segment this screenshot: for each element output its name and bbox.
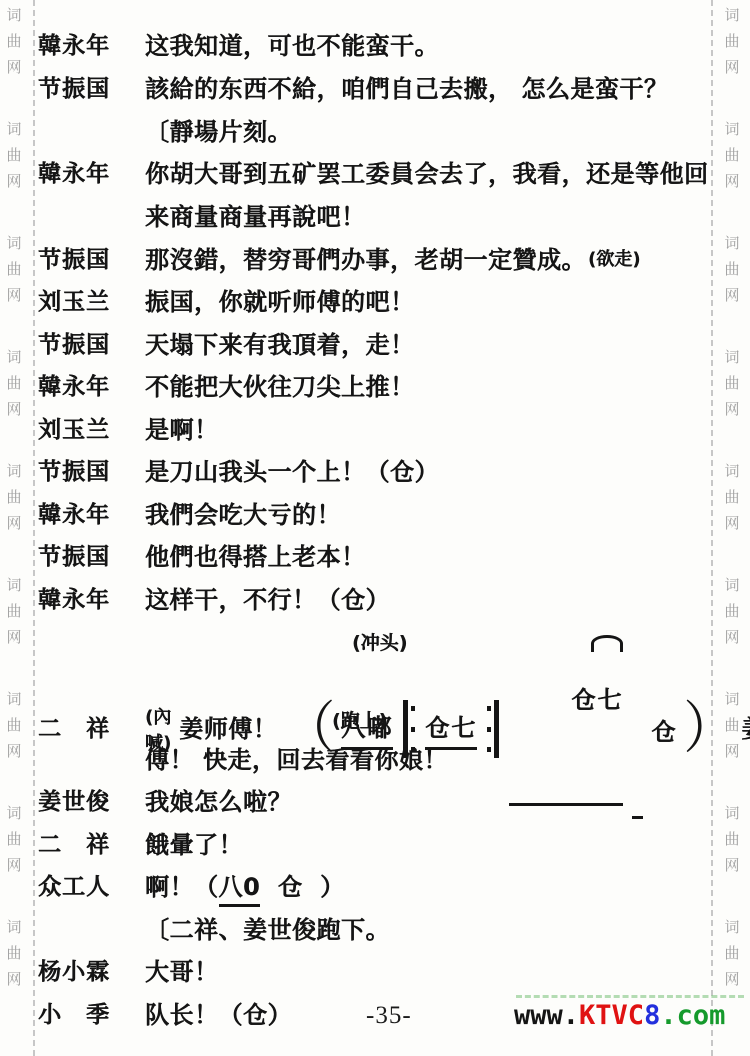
- dialogue-text: 我娘怎么啦？: [145, 786, 292, 818]
- speaker-name: 韓永年: [38, 30, 145, 62]
- script-row: 姜世俊 我娘怎么啦？: [38, 786, 728, 818]
- speaker-name: 刘玉兰: [38, 414, 145, 446]
- dialogue-text: 来商量商量再說吧！: [145, 201, 366, 233]
- script-row: 众工人 啊！（八0 仓 ）: [38, 871, 728, 903]
- speaker-name: 韓永年: [38, 499, 145, 531]
- site-watermark: www.KTVC8.com: [514, 1000, 725, 1031]
- stage-cue-inline: (欲走): [588, 244, 640, 276]
- call-text-continued: 姜师: [741, 713, 750, 745]
- watermark-group: 词曲网: [6, 116, 21, 194]
- dialogue-text: 我們会吃大亏的！: [145, 499, 341, 531]
- speaker-name: 韓永年: [38, 371, 145, 403]
- stage-direction-row: 〔靜場片刻。: [38, 116, 728, 148]
- dialogue-text: 这我知道，可也不能蛮干。: [145, 30, 439, 62]
- script-row: 节振国 那沒錯，替穷哥們办事，老胡一定贊成。 (欲走): [38, 244, 728, 276]
- dialogue-text: 那沒錯，替穷哥們办事，老胡一定贊成。: [145, 244, 586, 276]
- watermark-dashed-line: [516, 995, 744, 998]
- underlined-notation: 八0: [219, 873, 261, 907]
- continuation-row: 傅！ 快走，回去看看你娘！: [38, 744, 728, 776]
- stage-direction-text: 〔靜場片刻。: [145, 116, 292, 148]
- speaker-name: 二 祥: [38, 829, 145, 861]
- notation-cue-above: (冲头): [352, 628, 407, 655]
- script-row: 刘玉兰 是啊！: [38, 414, 728, 446]
- notation-cue-below: (跑上): [332, 706, 387, 733]
- script-row: 杨小霖 大哥！: [38, 956, 728, 988]
- dialogue-text: 該給的东西不給，咱們自己去搬， 怎么是蛮干？: [145, 73, 668, 105]
- speaker-name: 节振国: [38, 456, 145, 488]
- page-number: -35-: [366, 1002, 412, 1030]
- speaker-name: 小 季: [38, 999, 145, 1031]
- speaker-name: 节振国: [38, 73, 145, 105]
- script-row: 韓永年 不能把大伙往刀尖上推！: [38, 371, 728, 403]
- dialogue-text: 傅！ 快走，回去看看你娘！: [145, 744, 448, 776]
- speaker-name: 二 祥: [38, 713, 145, 745]
- dialogue-text: 队长！（仓）: [145, 999, 292, 1031]
- speaker-name: 杨小霖: [38, 956, 145, 988]
- stage-direction-text: 〔二祥、姜世俊跑下。: [145, 914, 390, 946]
- speaker-name: 节振国: [38, 329, 145, 361]
- watermark-group: 词曲网: [6, 800, 21, 878]
- dialogue-text: 啊！（八0 仓 ）: [145, 871, 345, 903]
- watermark-com: .com: [660, 1000, 725, 1031]
- percussion-beat-4: 仓: [651, 712, 677, 747]
- script-row: 节振国 他們也得搭上老本！: [38, 541, 728, 573]
- stage-direction-row: 〔二祥、姜世俊跑下。: [38, 914, 728, 946]
- watermark-www: www.: [514, 1000, 579, 1031]
- script-row: 节振国 是刀山我头一个上！（仓）: [38, 456, 728, 488]
- script-page: 词曲网词曲网词曲网词曲网词曲网词曲网词曲网词曲网词曲网 词曲网词曲网词曲网词曲网…: [0, 0, 750, 1056]
- left-vertical-watermark: 词曲网词曲网词曲网词曲网词曲网词曲网词曲网词曲网词曲网: [2, 2, 26, 1028]
- script-row: 节振国 天塌下来有我頂着，走！: [38, 329, 728, 361]
- script-row: 韓永年 这样干，不行！（仓）: [38, 584, 728, 616]
- watermark-8: 8: [644, 1000, 660, 1031]
- dialogue-text: 是啊！: [145, 414, 219, 446]
- watermark-group: 词曲网: [6, 572, 21, 650]
- percussion-beat-3: 仓七: [509, 652, 623, 806]
- dialogue-text: 他們也得搭上老本！: [145, 541, 366, 573]
- dialogue-text: 是刀山我头一个上！（仓）: [145, 456, 439, 488]
- watermark-group: 词曲网: [6, 914, 21, 992]
- dialogue-text: 不能把大伙往刀尖上推！: [145, 371, 415, 403]
- script-row: 节振国 該給的东西不給，咱們自己去搬， 怎么是蛮干？: [38, 73, 728, 105]
- script-row: 韓永年 你胡大哥到五矿罢工委員会去了，我看，还是等他回: [38, 158, 728, 190]
- watermark-ktvc: KTVC: [579, 1000, 644, 1031]
- speaker-name: 众工人: [38, 871, 145, 903]
- watermark-group: 词曲网: [6, 230, 21, 308]
- dialogue-text: 振国，你就听师傅的吧！: [145, 286, 415, 318]
- watermark-group: 词曲网: [6, 2, 21, 80]
- watermark-group: 词曲网: [6, 458, 21, 536]
- dialogue-text: 你胡大哥到五矿罢工委員会去了，我看，还是等他回: [145, 158, 709, 190]
- speaker-name: 刘玉兰: [38, 286, 145, 318]
- dialogue-text: 天塌下来有我頂着，走！: [145, 329, 415, 361]
- watermark-group: 词曲网: [6, 344, 21, 422]
- dialogue-text: 大哥！: [145, 956, 219, 988]
- speaker-name: 节振国: [38, 541, 145, 573]
- script-row: 韓永年 我們会吃大亏的！: [38, 499, 728, 531]
- watermark-group: 词曲网: [6, 686, 21, 764]
- dialogue-text: 餓暈了！: [145, 829, 243, 861]
- call-text: 姜师傅！: [179, 713, 277, 745]
- speaker-name: 韓永年: [38, 584, 145, 616]
- speaker-name: 韓永年: [38, 158, 145, 190]
- left-dashed-rule: [33, 0, 35, 1056]
- tie-arc: [591, 635, 623, 652]
- script-row: 刘玉兰 振国，你就听师傅的吧！: [38, 286, 728, 318]
- speaker-name: 节振国: [38, 244, 145, 276]
- continuation-row: 来商量商量再說吧！: [38, 201, 728, 233]
- dialogue-text: 这样干，不行！（仓）: [145, 584, 390, 616]
- script-row: 二 祥 餓暈了！: [38, 829, 728, 861]
- script-row: 韓永年 这我知道，可也不能蛮干。: [38, 30, 728, 62]
- speaker-name: 姜世俊: [38, 786, 145, 818]
